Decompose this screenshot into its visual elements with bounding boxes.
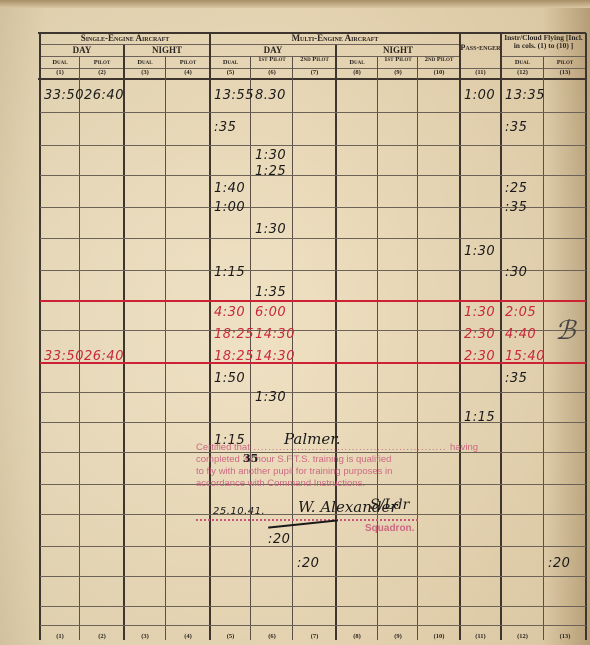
stamp-text: having xyxy=(450,442,478,453)
total-line-top xyxy=(40,300,586,302)
header-multi-engine: Multi-Engine Aircraft xyxy=(210,34,460,43)
column-label: Dual xyxy=(40,60,80,67)
column-rule xyxy=(39,33,41,640)
log-entry: 1:15 xyxy=(214,265,245,280)
header-single-engine: Single-Engine Aircraft xyxy=(40,34,210,43)
column-label: Pilot xyxy=(544,60,586,67)
row-rule xyxy=(40,606,586,607)
log-entry: 1:30 xyxy=(255,222,286,237)
column-footer-number: (4) xyxy=(166,634,210,641)
column-label: Dual xyxy=(501,60,544,67)
log-entry: 18:25 xyxy=(214,327,254,342)
stamp-line-4: accordance with Command Instructions. xyxy=(196,478,365,490)
row-rule xyxy=(40,576,586,577)
log-entry: 2:05 xyxy=(505,305,536,320)
log-entry: 14:30 xyxy=(255,349,295,364)
column-footer-number: (13) xyxy=(544,634,586,641)
log-entry: 15:40 xyxy=(505,349,545,364)
header-se-day: DAY xyxy=(40,46,124,55)
log-entry: 14:30 xyxy=(255,327,295,342)
log-entry: 13:35 xyxy=(505,88,545,103)
header-bottom-border xyxy=(38,78,586,80)
log-entry: :20 xyxy=(548,556,570,571)
squadron-label: Squadron. xyxy=(365,523,414,535)
log-entry: :35 xyxy=(505,200,527,215)
column-rule xyxy=(459,33,461,640)
column-footer-number: (5) xyxy=(210,634,251,641)
header-se-night: NIGHT xyxy=(124,46,210,55)
log-entry: :20 xyxy=(297,556,319,571)
column-rule xyxy=(123,45,125,640)
column-label: Dual xyxy=(124,60,166,67)
column-footer-number: (3) xyxy=(124,634,166,641)
margin-initial: ℬ xyxy=(555,316,575,346)
log-entry: 1:30 xyxy=(255,390,286,405)
column-label: 1st Pilot xyxy=(378,57,418,64)
row-rule xyxy=(40,175,586,176)
row-rule xyxy=(40,546,586,547)
log-entry: 8.30 xyxy=(255,88,286,103)
log-entry: 33:50 xyxy=(44,349,84,364)
log-entry: 13:55 xyxy=(214,88,254,103)
column-label: Pilot xyxy=(166,60,210,67)
log-entry: 1:30 xyxy=(464,305,495,320)
column-rule xyxy=(209,33,211,640)
log-entry: 2:30 xyxy=(464,349,495,364)
stamp-line-2: completed 35 hour S.F.T.S. training is q… xyxy=(196,454,391,466)
log-entry: 18:25 xyxy=(214,349,254,364)
column-rule xyxy=(335,45,337,640)
log-entry: 6:00 xyxy=(255,305,286,320)
row-rule xyxy=(40,238,586,239)
column-footer-number: (8) xyxy=(336,634,378,641)
column-number: (9) xyxy=(378,70,418,77)
column-number: (6) xyxy=(251,70,293,77)
column-footer-number: (1) xyxy=(40,634,80,641)
column-footer-number: (2) xyxy=(80,634,124,641)
column-footer-number: (10) xyxy=(418,634,460,641)
log-entry: 1:25 xyxy=(255,164,286,179)
row-rule xyxy=(40,625,586,626)
log-entry: 26:40 xyxy=(84,88,124,103)
page-top-edge xyxy=(0,0,590,8)
column-footer-number: (9) xyxy=(378,634,418,641)
column-number: (13) xyxy=(544,70,586,77)
log-entry: :30 xyxy=(505,265,527,280)
log-entry: 1:30 xyxy=(255,148,286,163)
column-number: (2) xyxy=(80,70,124,77)
stamp-date: 25.10.41. xyxy=(213,506,265,517)
column-label: 1st Pilot xyxy=(251,57,293,64)
extra-time: :20 xyxy=(268,532,290,547)
header-me-night: NIGHT xyxy=(336,46,460,55)
log-entry: 1:40 xyxy=(214,181,245,196)
row-rule xyxy=(40,112,586,113)
column-label: Dual xyxy=(336,60,378,67)
column-label: 2nd Pilot xyxy=(418,57,460,64)
log-entry: 26:40 xyxy=(84,349,124,364)
column-label: Pilot xyxy=(80,60,124,67)
log-entry: :35 xyxy=(214,120,236,135)
row-rule xyxy=(40,392,586,393)
column-number: (8) xyxy=(336,70,378,77)
column-footer-number: (6) xyxy=(251,634,293,641)
log-entry: 4:40 xyxy=(505,327,536,342)
log-entry: 1:00 xyxy=(214,200,245,215)
column-number: (7) xyxy=(293,70,336,77)
log-entry: 2:30 xyxy=(464,327,495,342)
column-number: (5) xyxy=(210,70,251,77)
log-entry: 1:50 xyxy=(214,371,245,386)
stamp-text: Certified that xyxy=(196,442,250,453)
column-footer-number: (12) xyxy=(501,634,544,641)
column-number: (11) xyxy=(460,70,501,77)
column-footer-number: (7) xyxy=(293,634,336,641)
column-rule xyxy=(500,33,502,640)
header-me-day: DAY xyxy=(210,46,336,55)
log-entry: 33:50 xyxy=(44,88,84,103)
log-entry: 1:35 xyxy=(255,285,286,300)
column-number: (12) xyxy=(501,70,544,77)
column-rule xyxy=(585,33,587,640)
log-entry: 4:30 xyxy=(214,305,245,320)
header-instr-cloud: Instr/Cloud Flying [Incl. in cols. (1) t… xyxy=(501,34,586,49)
pupil-name: Palmer. xyxy=(284,430,341,448)
logbook-page: Single-Engine Aircraft Multi-Engine Airc… xyxy=(0,0,590,645)
column-label: Dual xyxy=(210,60,251,67)
column-number: (4) xyxy=(166,70,210,77)
column-footer-number: (11) xyxy=(460,634,501,641)
log-entry: 1:00 xyxy=(464,88,495,103)
header-passenger: Pass-enger xyxy=(460,44,501,52)
signature-rank: S/Ldr xyxy=(370,497,409,513)
hours-35: 35 xyxy=(243,452,258,465)
row-rule xyxy=(40,422,586,423)
header-divider xyxy=(40,68,586,69)
stamp-line-3: to fly with another pupil for training p… xyxy=(196,466,392,478)
column-number: (3) xyxy=(124,70,166,77)
signature-line xyxy=(196,519,418,521)
column-number: (10) xyxy=(418,70,460,77)
row-rule xyxy=(40,145,586,146)
log-entry: 1:30 xyxy=(464,244,495,259)
column-number: (1) xyxy=(40,70,80,77)
log-entry: 1:15 xyxy=(464,410,495,425)
column-label: 2nd Pilot xyxy=(293,57,336,64)
log-entry: :35 xyxy=(505,371,527,386)
log-entry: :35 xyxy=(505,120,527,135)
log-entry: :25 xyxy=(505,181,527,196)
